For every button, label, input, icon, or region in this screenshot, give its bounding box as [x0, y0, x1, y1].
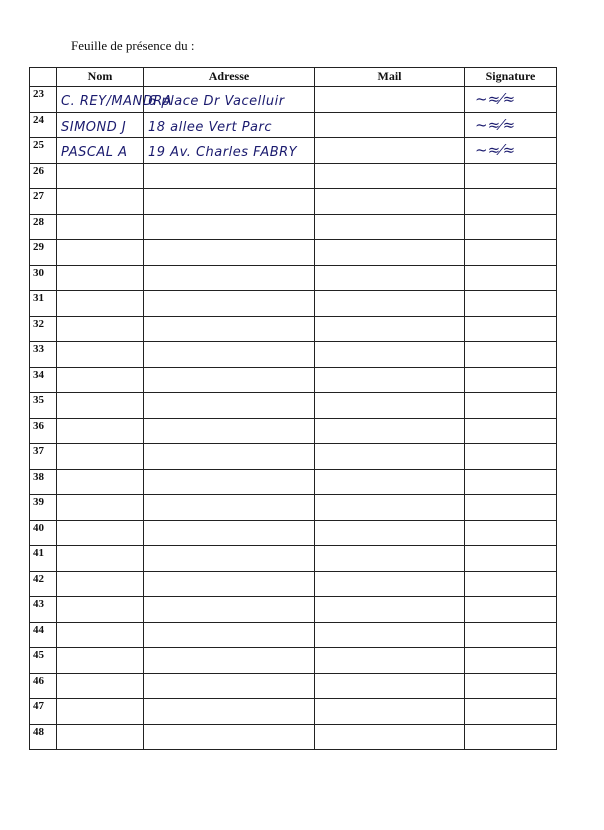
handwritten-adresse: 18 allee Vert Parc — [148, 120, 272, 135]
row-number[interactable]: 38 — [30, 469, 57, 495]
cell-mail[interactable] — [315, 393, 465, 419]
table-row: 23C. REY/MANDRA6 place Dr Vacelluir~≈⁄≈ — [30, 87, 557, 113]
cell-nom[interactable] — [57, 724, 144, 750]
cell-mail[interactable] — [315, 265, 465, 291]
cell-adresse[interactable] — [144, 699, 315, 725]
cell-adresse[interactable] — [144, 418, 315, 444]
cell-nom[interactable] — [57, 597, 144, 623]
cell-mail[interactable] — [315, 444, 465, 470]
row-number[interactable]: 28 — [30, 214, 57, 240]
cell-adresse[interactable]: 19 Av. Charles FABRY — [144, 138, 315, 164]
row-number[interactable]: 45 — [30, 648, 57, 674]
cell-adresse[interactable] — [144, 214, 315, 240]
table-row: 42 — [30, 571, 557, 597]
cell-nom[interactable] — [57, 648, 144, 674]
cell-signature[interactable] — [465, 469, 557, 495]
header-mail: Mail — [315, 68, 465, 87]
row-number[interactable]: 36 — [30, 418, 57, 444]
cell-mail[interactable] — [315, 240, 465, 266]
table-row: 44 — [30, 622, 557, 648]
row-number[interactable]: 43 — [30, 597, 57, 623]
cell-signature[interactable]: ~≈⁄≈ — [465, 138, 557, 164]
header-signature: Signature — [465, 68, 557, 87]
cell-signature[interactable] — [465, 418, 557, 444]
cell-adresse[interactable] — [144, 367, 315, 393]
cell-signature[interactable] — [465, 724, 557, 750]
cell-nom[interactable] — [57, 520, 144, 546]
cell-nom[interactable] — [57, 367, 144, 393]
cell-mail[interactable] — [315, 622, 465, 648]
cell-signature[interactable] — [465, 495, 557, 521]
cell-nom[interactable]: SIMOND J — [57, 112, 144, 138]
handwritten-nom: PASCAL A — [61, 145, 128, 160]
cell-signature[interactable] — [465, 648, 557, 674]
handwritten-signature: ~≈⁄≈ — [475, 90, 515, 108]
attendance-table: Nom Adresse Mail Signature 23C. REY/MAND… — [29, 67, 557, 750]
cell-signature[interactable] — [465, 316, 557, 342]
cell-mail[interactable] — [315, 546, 465, 572]
table-row: 33 — [30, 342, 557, 368]
row-number[interactable]: 40 — [30, 520, 57, 546]
cell-adresse[interactable] — [144, 189, 315, 215]
row-number[interactable]: 37 — [30, 444, 57, 470]
cell-mail[interactable] — [315, 214, 465, 240]
row-number[interactable]: 24 — [30, 112, 57, 138]
cell-adresse[interactable] — [144, 495, 315, 521]
cell-adresse[interactable] — [144, 469, 315, 495]
cell-nom[interactable] — [57, 240, 144, 266]
row-number[interactable]: 42 — [30, 571, 57, 597]
cell-signature[interactable] — [465, 240, 557, 266]
cell-adresse[interactable]: 6 place Dr Vacelluir — [144, 87, 315, 113]
cell-signature[interactable] — [465, 265, 557, 291]
table-row: 30 — [30, 265, 557, 291]
cell-nom[interactable]: C. REY/MANDRA — [57, 87, 144, 113]
cell-adresse[interactable] — [144, 520, 315, 546]
table-row: 25PASCAL A19 Av. Charles FABRY~≈⁄≈ — [30, 138, 557, 164]
cell-signature[interactable] — [465, 189, 557, 215]
cell-mail[interactable] — [315, 342, 465, 368]
table-row: 39 — [30, 495, 557, 521]
row-number[interactable]: 35 — [30, 393, 57, 419]
cell-adresse[interactable] — [144, 240, 315, 266]
cell-signature[interactable] — [465, 673, 557, 699]
cell-nom[interactable] — [57, 418, 144, 444]
cell-signature[interactable] — [465, 520, 557, 546]
row-number[interactable]: 34 — [30, 367, 57, 393]
cell-signature[interactable] — [465, 367, 557, 393]
row-number[interactable]: 25 — [30, 138, 57, 164]
cell-nom[interactable] — [57, 495, 144, 521]
row-number[interactable]: 31 — [30, 291, 57, 317]
cell-adresse[interactable] — [144, 393, 315, 419]
cell-signature[interactable] — [465, 597, 557, 623]
cell-mail[interactable] — [315, 87, 465, 113]
cell-nom[interactable]: PASCAL A — [57, 138, 144, 164]
table-row: 35 — [30, 393, 557, 419]
row-number[interactable]: 46 — [30, 673, 57, 699]
table-row: 43 — [30, 597, 557, 623]
cell-mail[interactable] — [315, 495, 465, 521]
table-header-row: Nom Adresse Mail Signature — [30, 68, 557, 87]
cell-adresse[interactable] — [144, 673, 315, 699]
table-row: 31 — [30, 291, 557, 317]
cell-nom[interactable] — [57, 673, 144, 699]
row-number[interactable]: 29 — [30, 240, 57, 266]
table-row: 29 — [30, 240, 557, 266]
cell-mail[interactable] — [315, 648, 465, 674]
cell-adresse[interactable] — [144, 648, 315, 674]
cell-adresse[interactable] — [144, 597, 315, 623]
cell-nom[interactable] — [57, 546, 144, 572]
cell-mail[interactable] — [315, 469, 465, 495]
row-number[interactable]: 30 — [30, 265, 57, 291]
cell-adresse[interactable] — [144, 265, 315, 291]
cell-adresse[interactable]: 18 allee Vert Parc — [144, 112, 315, 138]
cell-nom[interactable] — [57, 214, 144, 240]
cell-mail[interactable] — [315, 163, 465, 189]
table-row: 37 — [30, 444, 557, 470]
row-number[interactable]: 32 — [30, 316, 57, 342]
cell-mail[interactable] — [315, 571, 465, 597]
cell-nom[interactable] — [57, 469, 144, 495]
row-number[interactable]: 33 — [30, 342, 57, 368]
cell-nom[interactable] — [57, 699, 144, 725]
cell-adresse[interactable] — [144, 622, 315, 648]
handwritten-signature: ~≈⁄≈ — [475, 116, 515, 134]
cell-mail[interactable] — [315, 597, 465, 623]
cell-adresse[interactable] — [144, 571, 315, 597]
cell-signature[interactable] — [465, 214, 557, 240]
table-row: 36 — [30, 418, 557, 444]
cell-signature[interactable] — [465, 393, 557, 419]
handwritten-adresse: 6 place Dr Vacelluir — [148, 94, 285, 109]
cell-nom[interactable] — [57, 444, 144, 470]
page-title: Feuille de présence du : — [71, 38, 194, 54]
cell-signature[interactable] — [465, 163, 557, 189]
header-nom: Nom — [57, 68, 144, 87]
cell-mail[interactable] — [315, 138, 465, 164]
cell-mail[interactable] — [315, 673, 465, 699]
cell-adresse[interactable] — [144, 546, 315, 572]
table-row: 26 — [30, 163, 557, 189]
table-row: 24SIMOND J18 allee Vert Parc~≈⁄≈ — [30, 112, 557, 138]
row-number[interactable]: 23 — [30, 87, 57, 113]
cell-nom[interactable] — [57, 291, 144, 317]
table-row: 48 — [30, 724, 557, 750]
cell-signature[interactable]: ~≈⁄≈ — [465, 87, 557, 113]
cell-mail[interactable] — [315, 520, 465, 546]
cell-signature[interactable] — [465, 699, 557, 725]
table-row: 38 — [30, 469, 557, 495]
cell-mail[interactable] — [315, 316, 465, 342]
row-number[interactable]: 39 — [30, 495, 57, 521]
cell-nom[interactable] — [57, 342, 144, 368]
cell-adresse[interactable] — [144, 444, 315, 470]
header-number — [30, 68, 57, 87]
cell-nom[interactable] — [57, 393, 144, 419]
row-number[interactable]: 48 — [30, 724, 57, 750]
table-row: 41 — [30, 546, 557, 572]
cell-adresse[interactable] — [144, 163, 315, 189]
row-number[interactable]: 44 — [30, 622, 57, 648]
row-number[interactable]: 26 — [30, 163, 57, 189]
row-number[interactable]: 27 — [30, 189, 57, 215]
cell-mail[interactable] — [315, 724, 465, 750]
cell-mail[interactable] — [315, 112, 465, 138]
cell-adresse[interactable] — [144, 342, 315, 368]
cell-nom[interactable] — [57, 316, 144, 342]
cell-adresse[interactable] — [144, 724, 315, 750]
cell-nom[interactable] — [57, 163, 144, 189]
cell-mail[interactable] — [315, 367, 465, 393]
cell-signature[interactable] — [465, 571, 557, 597]
table-row: 27 — [30, 189, 557, 215]
cell-nom[interactable] — [57, 622, 144, 648]
cell-signature[interactable] — [465, 342, 557, 368]
cell-nom[interactable] — [57, 571, 144, 597]
table-row: 47 — [30, 699, 557, 725]
table-row: 46 — [30, 673, 557, 699]
cell-adresse[interactable] — [144, 316, 315, 342]
cell-signature[interactable] — [465, 444, 557, 470]
cell-mail[interactable] — [315, 699, 465, 725]
row-number[interactable]: 47 — [30, 699, 57, 725]
header-adresse: Adresse — [144, 68, 315, 87]
row-number[interactable]: 41 — [30, 546, 57, 572]
cell-signature[interactable]: ~≈⁄≈ — [465, 112, 557, 138]
handwritten-adresse: 19 Av. Charles FABRY — [148, 145, 297, 160]
cell-nom[interactable] — [57, 189, 144, 215]
cell-signature[interactable] — [465, 291, 557, 317]
table-row: 45 — [30, 648, 557, 674]
cell-nom[interactable] — [57, 265, 144, 291]
cell-signature[interactable] — [465, 622, 557, 648]
handwritten-signature: ~≈⁄≈ — [475, 141, 515, 159]
cell-adresse[interactable] — [144, 291, 315, 317]
cell-mail[interactable] — [315, 291, 465, 317]
cell-signature[interactable] — [465, 546, 557, 572]
table-row: 34 — [30, 367, 557, 393]
cell-mail[interactable] — [315, 418, 465, 444]
table-row: 28 — [30, 214, 557, 240]
cell-mail[interactable] — [315, 189, 465, 215]
handwritten-nom: SIMOND J — [61, 120, 126, 135]
table-row: 32 — [30, 316, 557, 342]
table-row: 40 — [30, 520, 557, 546]
